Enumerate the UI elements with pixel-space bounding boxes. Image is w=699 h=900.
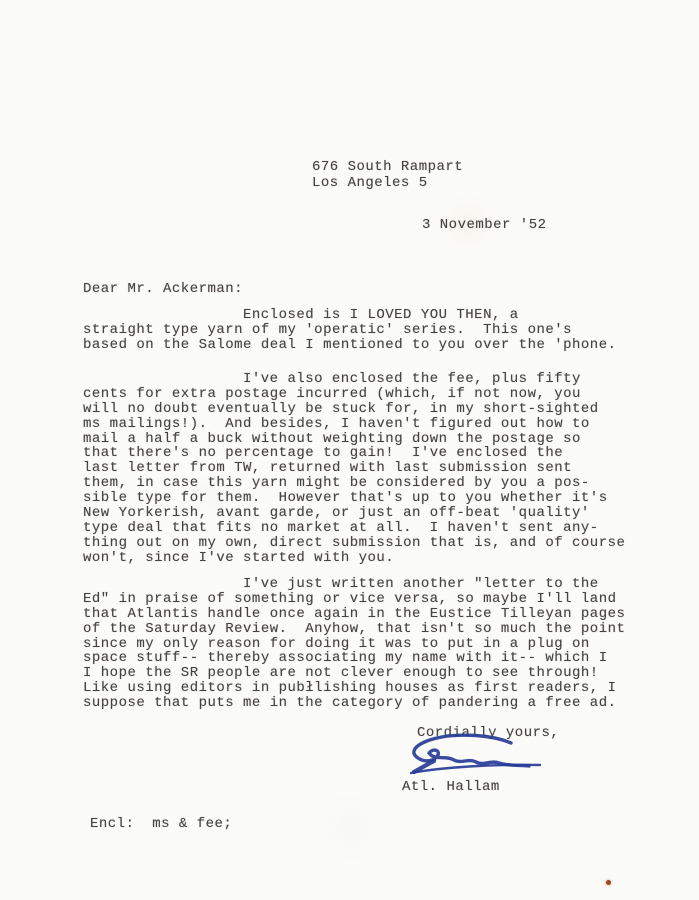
- letter-line: cents for extra postage incurred (which,…: [83, 387, 625, 402]
- letter-line: of the Saturday Review. Anyhow, that isn…: [83, 622, 625, 637]
- letter-line: ms mailings!). And besides, I haven't fi…: [83, 417, 625, 432]
- letter-line: sible type for them. However that's up t…: [83, 491, 625, 506]
- date-line: 3 November '52: [422, 218, 546, 233]
- letter-line: based on the Salome deal I mentioned to …: [83, 338, 616, 353]
- ink-speck: [606, 880, 611, 885]
- signature-ink: [398, 732, 548, 780]
- letter-line: straight type yarn of my 'operatic' seri…: [83, 323, 616, 338]
- sender-address: 676 South Rampart Los Angeles 5: [312, 160, 463, 192]
- letter-page: 676 South Rampart Los Angeles 5 3 Novemb…: [0, 0, 699, 900]
- letter-line: I've just written another "letter to the: [83, 577, 625, 592]
- paragraph-2: I've also enclosed the fee, plus fifty c…: [83, 372, 625, 566]
- letter-line: New Yorkerish, avant garde, or just an o…: [83, 506, 625, 521]
- letter-line: suppose that puts me in the category of …: [83, 696, 625, 711]
- letter-line: thing out on my own, direct submission t…: [83, 536, 625, 551]
- signer-name: Atl. Hallam: [402, 780, 500, 795]
- paragraph-3: I've just written another "letter to the…: [83, 577, 625, 711]
- letter-line: them, in case this yarn might be conside…: [83, 476, 625, 491]
- enclosure-line: Encl: ms & fee;: [90, 817, 232, 832]
- salutation: Dear Mr. Ackerman:: [83, 282, 243, 297]
- letter-line: I've also enclosed the fee, plus fifty: [83, 372, 625, 387]
- letter-line: Ed" in praise of something or vice versa…: [83, 592, 625, 607]
- letter-line: I hope the SR people are not clever enou…: [83, 666, 625, 681]
- letter-line: Like using editors in pubłlishing houses…: [83, 681, 625, 696]
- address-line: Los Angeles 5: [312, 176, 463, 192]
- paragraph-1: Enclosed is I LOVED YOU THEN, a straight…: [83, 308, 616, 353]
- address-line: 676 South Rampart: [312, 160, 463, 176]
- letter-line: Enclosed is I LOVED YOU THEN, a: [83, 308, 616, 323]
- letter-line: that Atlantis handle once again in the E…: [83, 607, 625, 622]
- letter-line: type deal that fits no market at all. I …: [83, 521, 625, 536]
- letter-line: last letter from TW, returned with last …: [83, 461, 625, 476]
- letter-line: will no doubt eventually be stuck for, i…: [83, 402, 625, 417]
- letter-line: won't, since I've started with you.: [83, 551, 625, 566]
